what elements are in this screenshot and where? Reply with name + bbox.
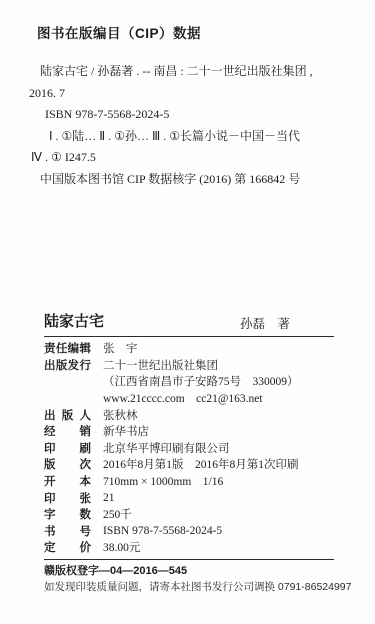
row-label: 定价 [44,539,91,555]
colophon-rows: 责任编辑 张 宇 出版发行 二十一世纪出版社集团 （江西省南昌市子安路75号 3… [44,340,334,556]
row-format: 开本 710mm × 1000mm 1/16 [44,473,334,490]
row-label: 经销 [44,423,91,439]
registration-number: 赣版权登字—04—2016—545 [44,565,334,578]
cip-classification-line-1: Ⅰ . ①陆… Ⅱ . ①孙… Ⅲ . ①长篇小说－中国－当代 [29,126,359,148]
cip-isbn-line: ISBN 978-7-5568-2024-5 [29,104,359,126]
book-title: 陆家古宅 [44,313,104,330]
row-label: 责任编辑 [44,340,91,356]
cip-title-line: 陆家古宅 / 孙磊著 . -- 南昌 : 二十一世纪出版社集团 , [29,61,359,83]
row-isbn: 书号 ISBN 978-7-5568-2024-5 [44,523,334,540]
cip-classification-line-2: Ⅳ . ① I247.5 [29,147,359,169]
row-label: 出版人 [44,407,91,423]
row-value: ISBN 978-7-5568-2024-5 [103,525,222,537]
row-label: 字数 [44,506,91,522]
cip-year-line: 2016. 7 [29,83,359,105]
row-value: 北京华平博印刷有限公司 [103,440,230,456]
row-printer: 印刷 北京华平博印刷有限公司 [44,440,334,457]
divider-top [44,336,334,337]
quality-exchange-note: 如发现印装质量问题，请寄本社图书发行公司调换 0791-86524997 [44,581,334,594]
row-value: 2016年8月第1版 2016年8月第1次印刷 [103,456,299,472]
book-author: 孙磊 著 [240,314,290,332]
row-value: 张秋林 [103,407,138,423]
row-value: 710mm × 1000mm 1/16 [103,473,223,489]
row-value: 21 [103,492,115,504]
row-publisher-address: （江西省南昌市子安路75号 330009） [44,373,334,390]
row-value: 250千 [103,506,132,522]
row-publisher-contact: www.21cccc.com cc21@163.net [44,390,334,407]
row-word-count: 字数 250千 [44,506,334,523]
row-label: 版次 [44,456,91,472]
row-editor: 责任编辑 张 宇 [44,340,334,357]
row-label: 书号 [44,523,91,539]
row-label: 开本 [44,473,91,489]
cip-header: 图书在版编目（CIP）数据 [37,22,359,42]
cip-record-number-line: 中国版本图书馆 CIP 数据核字 (2016) 第 166842 号 [29,169,359,191]
row-value: www.21cccc.com cc21@163.net [103,390,263,406]
row-edition: 版次 2016年8月第1版 2016年8月第1次印刷 [44,456,334,473]
row-sheets: 印张 21 [44,489,334,506]
row-value: （江西省南昌市子安路75号 330009） [103,373,299,389]
row-label: 印张 [44,490,91,506]
row-value: 二十一世纪出版社集团 [103,357,218,373]
copyright-page: 图书在版编目（CIP）数据 陆家古宅 / 孙磊著 . -- 南昌 : 二十一世纪… [0,0,375,624]
row-label: 印刷 [44,440,91,456]
row-value: 新华书店 [103,423,149,439]
row-distributor: 经销 新华书店 [44,423,334,440]
row-publisher-person: 出版人 张秋林 [44,406,334,423]
row-price: 定价 38.00元 [44,539,334,556]
title-row: 陆家古宅 孙磊 著 [44,310,334,336]
row-value: 38.00元 [103,539,140,555]
cip-block: 图书在版编目（CIP）数据 陆家古宅 / 孙磊著 . -- 南昌 : 二十一世纪… [29,22,359,190]
row-value: 张 宇 [103,340,138,356]
row-label: 出版发行 [44,357,91,373]
row-publisher: 出版发行 二十一世纪出版社集团 [44,357,334,374]
divider-bottom [44,559,334,560]
colophon-block: 陆家古宅 孙磊 著 责任编辑 张 宇 出版发行 二十一世纪出版社集团 （江西省南… [44,310,334,594]
